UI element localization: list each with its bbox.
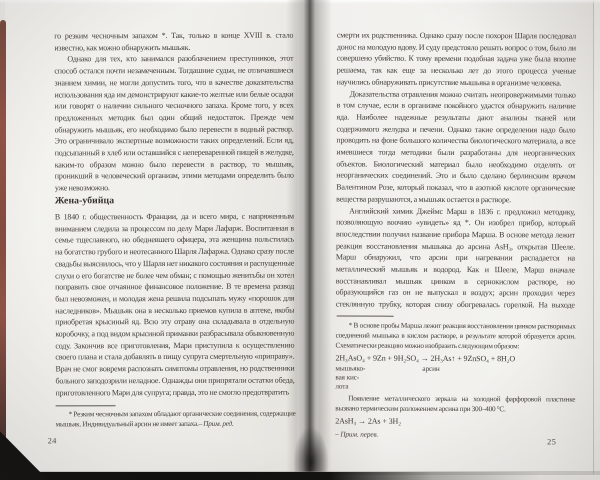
footnote: * В основе пробы Марша лежит реакция вос… <box>335 320 576 440</box>
right-page: смерти их родственника. Однако сразу пос… <box>0 0 600 480</box>
body-paragraph: Английский химик Джеймс Марш в 1836 г. п… <box>336 205 575 312</box>
book-scan: го резким чесночным запахом *. Так, толь… <box>0 0 600 480</box>
chemical-equation-decomposition: 2AsH₃ → 2As + 3H₂ <box>335 417 575 428</box>
body-paragraph: Доказательства отравления можно считать … <box>336 88 576 206</box>
footnote-attribution: – Прим. перев. <box>335 430 575 441</box>
footnote-rule <box>337 315 394 316</box>
footnote-intro: * В основе пробы Марша лежит реакция вос… <box>336 320 576 351</box>
equation-product-label: арсин <box>422 365 439 374</box>
page-number-right: 25 <box>547 437 556 446</box>
equation-reactant-label: лота <box>335 382 575 392</box>
chemical-equation-marsh: 2H₃AsO₄ + 9Zn + 9H₂SO₄ → 2H₃As↑ + 9ZnSO₄… <box>335 353 575 364</box>
footnote-mirror-note: Появление металлического зеркала на холо… <box>335 394 575 415</box>
right-body: смерти их родственника. Однако сразу пос… <box>336 29 576 312</box>
body-paragraph: смерти их родственника. Однако сразу пос… <box>337 29 576 89</box>
equation-labels: мышьяко- арсин вая кис- лота <box>335 364 575 391</box>
